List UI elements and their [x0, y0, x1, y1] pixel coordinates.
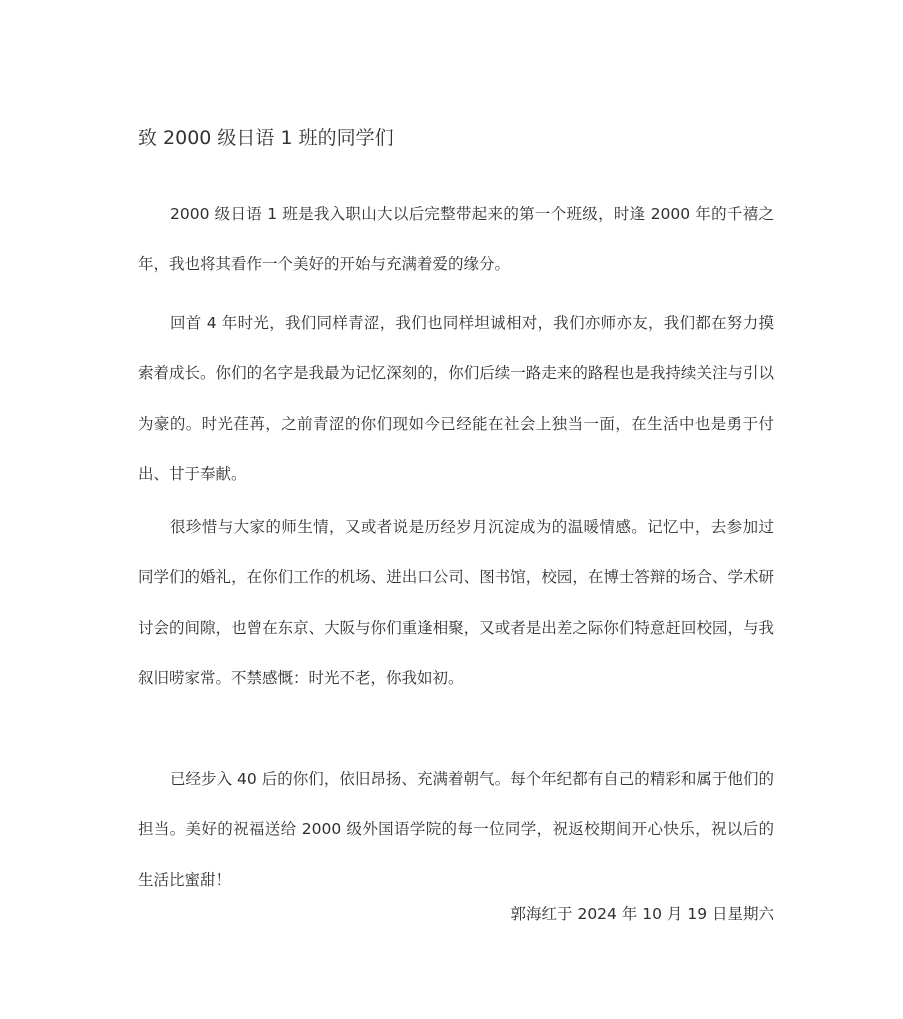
letter-title: 致 2000 级日语 1 班的同学们: [138, 124, 394, 152]
paragraph-1: 2000 级日语 1 班是我入职山大以后完整带起来的第一个班级，时逢 2000 …: [138, 189, 774, 290]
signature-line: 郭海红于 2024 年 10 月 19 日星期六: [511, 902, 774, 926]
paragraph-2: 回首 4 年时光，我们同样青涩，我们也同样坦诚相对，我们亦师亦友，我们都在努力摸…: [138, 298, 774, 500]
paragraph-3: 很珍惜与大家的师生情，又或者说是历经岁月沉淀成为的温暖情感。记忆中，去参加过同学…: [138, 502, 774, 704]
paragraph-4: 已经步入 40 后的你们，依旧昂扬、充满着朝气。每个年纪都有自己的精彩和属于他们…: [138, 754, 774, 906]
